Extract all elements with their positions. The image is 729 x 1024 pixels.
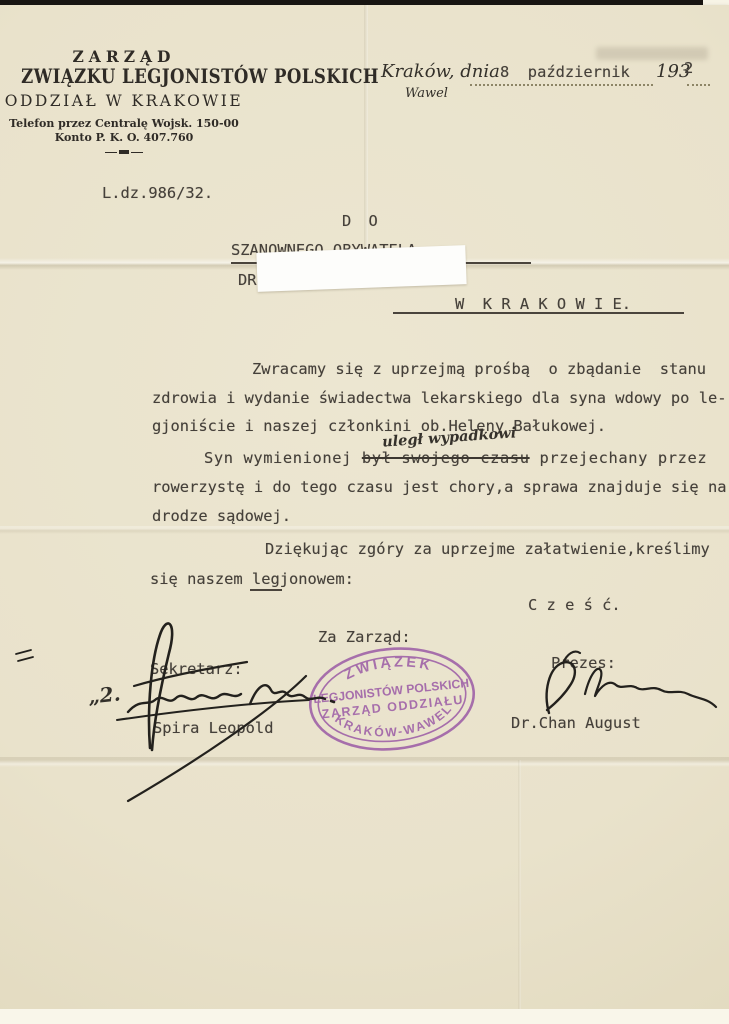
secretary-typed-name: Spira Leopold (153, 719, 273, 737)
letterhead-phone: Telefon przez Centralę Wojsk. 150-00 (0, 117, 248, 130)
body-para2-line2: rowerzystę i do tego czasu jest chory,a … (152, 478, 727, 496)
legjonowem-underline (250, 589, 282, 591)
dateline-place-sub: Wawel (405, 86, 448, 101)
president-label: Prezes: (551, 654, 616, 672)
dateline-dotted-rule-2 (687, 84, 710, 86)
addressee-city-underline (393, 312, 684, 314)
letterhead-account: Konto P. K. O. 407.760 (0, 131, 248, 144)
addressee-city-line: W K R A K O W I E. (455, 295, 631, 313)
scanned-letter-page: ZARZĄD ZWIĄZKU LEGJONISTÓW POLSKICH ODDZ… (0, 0, 729, 1024)
body-para2-line1: Syn wymienionej był swojego czasu przeje… (204, 449, 707, 467)
secretary-label: Sekretarz: (150, 660, 243, 678)
reference-number: L.dz.986/32. (102, 184, 213, 202)
body-para2-line3: drodze sądowej. (152, 507, 291, 525)
body-para2-line1-end: przejechany przez (530, 449, 708, 467)
letterhead-org-line3: ODDZIAŁ W KRAKOWIE (0, 92, 248, 110)
scan-edge-bar (0, 0, 703, 5)
dateline-typed-date: 8 październik (500, 63, 630, 81)
dateline-typed-year-digit: 2 (684, 59, 693, 77)
scanner-background-strip (0, 1009, 729, 1024)
body-para1-line2: zdrowia i wydanie świadectwa lekarskiego… (152, 389, 727, 407)
letterhead-divider (96, 150, 152, 154)
letterhead-org-line2: ZWIĄZKU LEGJONISTÓW POLSKICH (21, 64, 227, 88)
margin-annotation: „2. (87, 681, 122, 708)
dateline-dotted-rule-1 (470, 84, 653, 86)
body-para3-line2: się naszem legjonowem: (150, 570, 354, 588)
body-para1-line3: gjoniście i naszej członkini ob.Heleny B… (152, 417, 606, 435)
addressee-to-label: D O (342, 212, 382, 230)
body-para3-line1: Dziękując zgóry za uprzejme załatwienie,… (265, 540, 710, 558)
body-para1-line1: Zwracamy się z uprzejmą prośbą o zbądani… (252, 360, 706, 378)
body-para2-line1-struck-text: był swojego czasu (362, 449, 530, 467)
president-typed-name: Dr.Chan August (511, 714, 641, 732)
body-para2-line1-start: Syn wymienionej (204, 449, 362, 467)
paper-sheet (0, 5, 729, 1009)
dateline-place-label: Kraków, dnia (381, 61, 500, 82)
rubber-stamp: ZWIĄZEK LEGJONISTÓW POLSKICH ZARZĄD ODDZ… (301, 636, 483, 761)
closing-salute: C z e ś ć. (528, 596, 621, 614)
redaction-box (256, 245, 466, 292)
